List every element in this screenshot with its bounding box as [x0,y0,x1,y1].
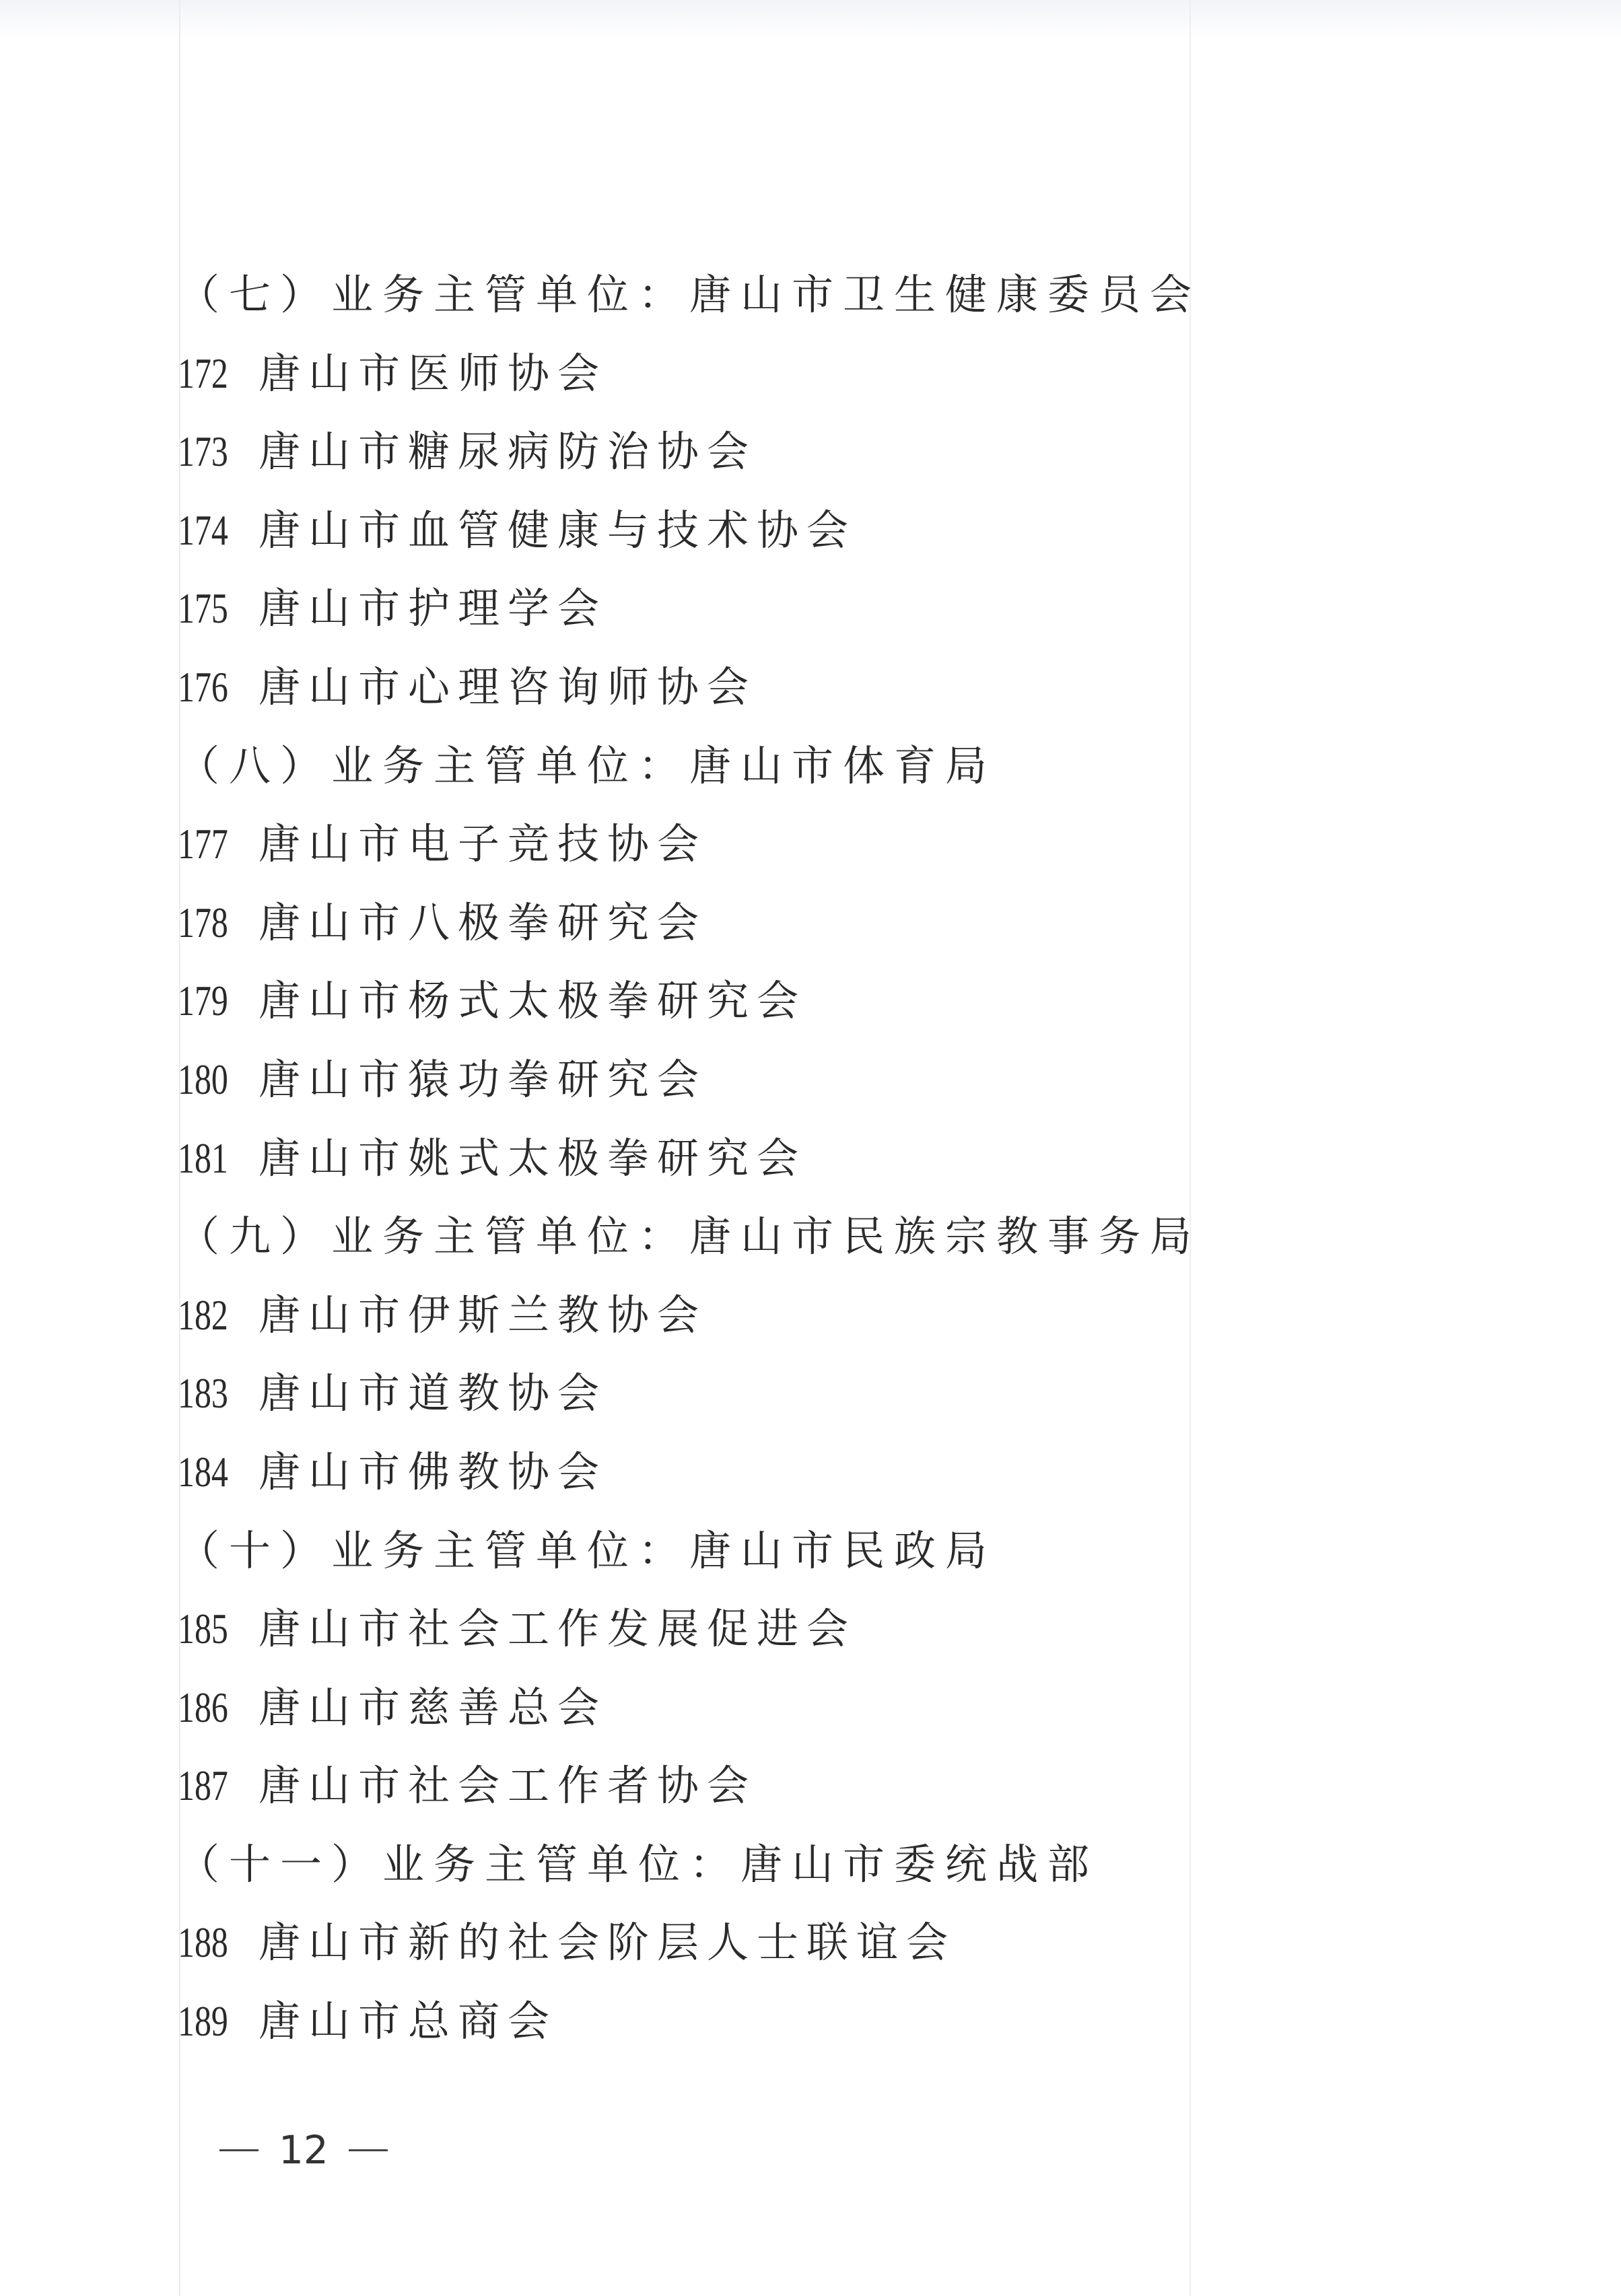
list-item: 182唐山市伊斯兰教协会 [178,1276,1174,1355]
list-item: 188唐山市新的社会阶层人士联谊会 [178,1904,1174,1982]
item-number: 185 [178,1590,236,1669]
item-name: 唐山市杨式太极拳研究会 [258,976,806,1025]
list-item: 180唐山市猿功拳研究会 [178,1041,1174,1119]
item-number: 184 [178,1433,236,1512]
section-heading: （八）业务主管单位：唐山市体育局 [178,727,1174,806]
item-name: 唐山市总商会 [258,1996,557,2046]
item-name: 唐山市社会工作者协会 [258,1761,757,1810]
list-item: 183唐山市道教协会 [178,1354,1174,1433]
item-name: 唐山市电子竞技协会 [258,819,707,868]
dash-right-decoration [349,2149,388,2151]
list-item: 187唐山市社会工作者协会 [178,1747,1174,1825]
item-name: 唐山市伊斯兰教协会 [258,1290,707,1340]
item-name: 唐山市猿功拳研究会 [258,1055,707,1104]
scan-top-shading [0,0,1621,40]
item-name: 唐山市血管健康与技术协会 [258,506,856,555]
item-name: 唐山市糖尿病防治协会 [258,427,757,476]
item-number: 182 [178,1276,236,1355]
document-body: （七）业务主管单位：唐山市卫生健康委员会 172唐山市医师协会 173唐山市糖尿… [178,256,1174,2061]
item-name: 唐山市姚式太极拳研究会 [258,1134,806,1183]
section-heading: （十）业务主管单位：唐山市民政局 [178,1512,1174,1591]
page-number: 12 [279,2127,329,2173]
item-number: 178 [178,884,236,963]
item-number: 177 [178,805,236,884]
item-number: 181 [178,1119,236,1198]
item-number: 179 [178,962,236,1041]
list-item: 184唐山市佛教协会 [178,1433,1174,1512]
section-heading: （九）业务主管单位：唐山市民族宗教事务局 [178,1197,1174,1276]
list-item: 186唐山市慈善总会 [178,1669,1174,1747]
item-number: 187 [178,1747,236,1825]
item-number: 188 [178,1904,236,1982]
list-item: 175唐山市护理学会 [178,569,1174,648]
item-name: 唐山市护理学会 [258,584,607,633]
list-item: 189唐山市总商会 [178,1982,1174,2061]
item-name: 唐山市佛教协会 [258,1447,607,1496]
item-number: 174 [178,491,236,570]
item-name: 唐山市道教协会 [258,1368,607,1418]
section-heading: （七）业务主管单位：唐山市卫生健康委员会 [178,256,1174,335]
item-number: 186 [178,1669,236,1747]
dash-left-decoration [219,2149,258,2151]
item-number: 173 [178,413,236,491]
list-item: 179唐山市杨式太极拳研究会 [178,962,1174,1041]
list-item: 176唐山市心理咨询师协会 [178,648,1174,727]
list-item: 185唐山市社会工作发展促进会 [178,1590,1174,1669]
item-number: 183 [178,1354,236,1433]
item-name: 唐山市八极拳研究会 [258,898,707,947]
item-number: 180 [178,1041,236,1119]
list-item: 181唐山市姚式太极拳研究会 [178,1119,1174,1198]
item-name: 唐山市慈善总会 [258,1683,607,1732]
list-item: 172唐山市医师协会 [178,335,1174,413]
list-item: 177唐山市电子竞技协会 [178,805,1174,884]
item-name: 唐山市新的社会阶层人士联谊会 [258,1918,956,1967]
item-number: 176 [178,648,236,727]
item-number: 175 [178,569,236,648]
item-name: 唐山市医师协会 [258,349,607,398]
list-item: 178唐山市八极拳研究会 [178,884,1174,963]
item-number: 172 [178,335,236,413]
list-item: 174唐山市血管健康与技术协会 [178,491,1174,570]
scan-fold-line-right [1189,0,1191,2296]
item-number: 189 [178,1982,236,2061]
list-item: 173唐山市糖尿病防治协会 [178,413,1174,491]
page-number-footer: 12 [219,2127,388,2173]
section-heading: （十一）业务主管单位：唐山市委统战部 [178,1825,1174,1904]
item-name: 唐山市社会工作发展促进会 [258,1604,856,1653]
item-name: 唐山市心理咨询师协会 [258,662,757,711]
